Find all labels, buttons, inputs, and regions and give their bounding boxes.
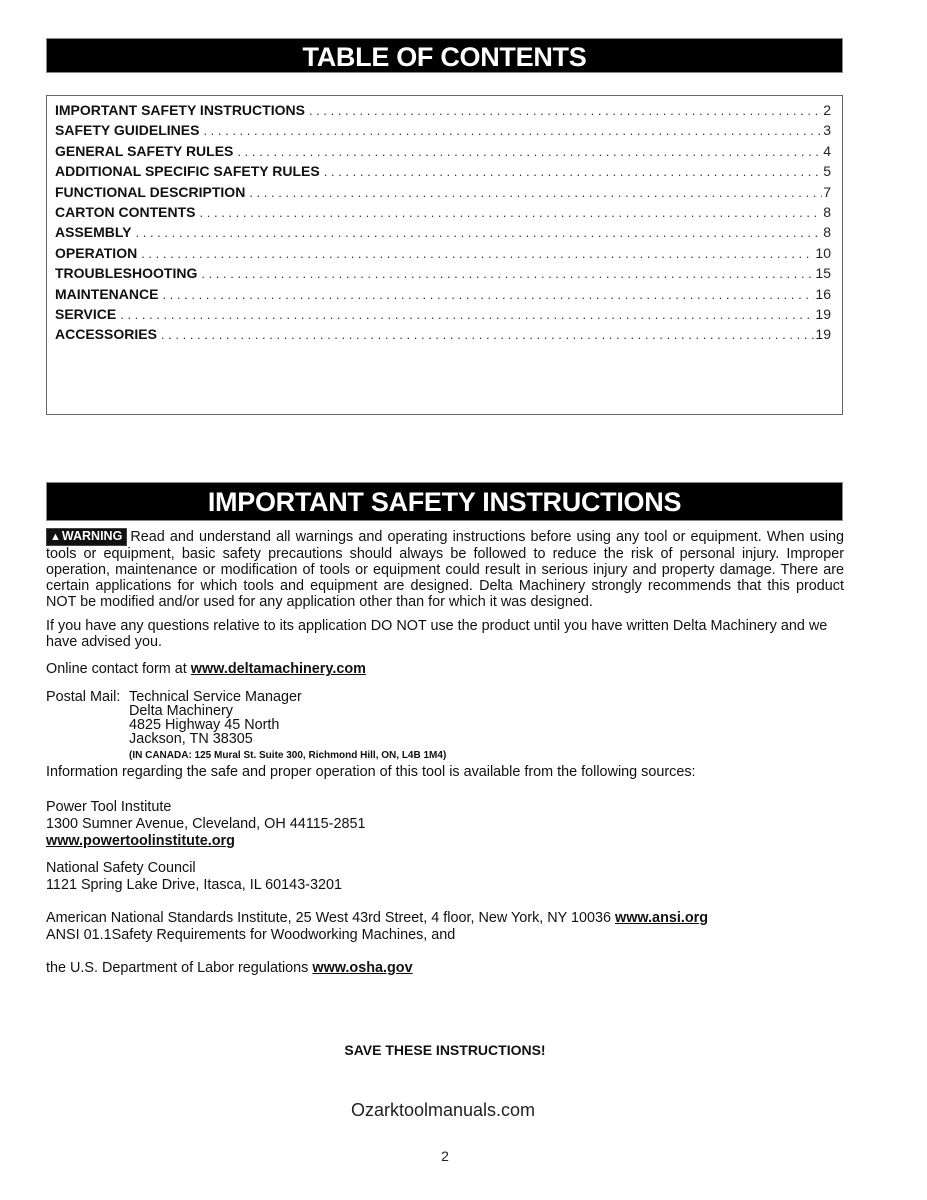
toc-entry[interactable]: IMPORTANT SAFETY INSTRUCTIONS2	[55, 100, 831, 120]
postal-line: 4825 Highway 45 North	[46, 718, 302, 732]
toc-entry-page: 8	[822, 222, 831, 242]
toc-entry-page: 8	[822, 202, 831, 222]
toc-entry-page: 19	[814, 304, 831, 324]
toc-entry-title: TROUBLESHOOTING	[55, 263, 201, 283]
canada-address: (IN CANADA: 125 Mural St. Suite 300, Ric…	[129, 750, 446, 761]
toc-entry-page: 5	[822, 161, 831, 181]
warning-badge: ▲WARNING	[46, 528, 127, 546]
toc-leader-dots	[201, 264, 814, 283]
ansi-text: American National Standards Institute, 2…	[46, 910, 615, 926]
toc-entry-title: SAFETY GUIDELINES	[55, 120, 203, 140]
postal-line: Jackson, TN 38305	[46, 732, 302, 746]
toc-leader-dots	[249, 183, 822, 202]
pti-name: Power Tool Institute	[46, 799, 171, 816]
toc-entry[interactable]: GENERAL SAFETY RULES4	[55, 141, 831, 161]
ansi-standard: ANSI 01.1Safety Requirements for Woodwor…	[46, 927, 455, 944]
osha-text: the U.S. Department of Labor regulations	[46, 960, 312, 976]
safety-heading: IMPORTANT SAFETY INSTRUCTIONS	[46, 482, 843, 521]
toc-entry[interactable]: OPERATION10	[55, 243, 831, 263]
online-contact: Online contact form at www.deltamachiner…	[46, 661, 844, 677]
pti-link[interactable]: www.powertoolinstitute.org	[46, 833, 235, 850]
online-contact-label: Online contact form at	[46, 661, 191, 677]
toc-leader-dots	[200, 203, 823, 222]
toc-entry-page: 7	[822, 182, 831, 202]
toc-list: IMPORTANT SAFETY INSTRUCTIONS2SAFETY GUI…	[55, 100, 831, 345]
toc-entry[interactable]: ACCESSORIES19	[55, 324, 831, 344]
toc-entry[interactable]: TROUBLESHOOTING15	[55, 263, 831, 283]
ansi-line: American National Standards Institute, 2…	[46, 910, 708, 927]
toc-leader-dots	[309, 101, 822, 120]
toc-entry-title: SERVICE	[55, 304, 120, 324]
ansi-link[interactable]: www.ansi.org	[615, 910, 708, 926]
toc-heading: TABLE OF CONTENTS	[46, 38, 843, 73]
toc-entry-title: IMPORTANT SAFETY INSTRUCTIONS	[55, 100, 309, 120]
postal-mail-label: Postal Mail:	[46, 690, 129, 704]
toc-entry-page: 10	[814, 243, 831, 263]
info-intro: Information regarding the safe and prope…	[46, 764, 696, 781]
toc-entry-title: OPERATION	[55, 243, 141, 263]
toc-entry-page: 4	[822, 141, 831, 161]
toc-leader-dots	[136, 223, 823, 242]
page-number: 2	[0, 1148, 890, 1164]
toc-entry-page: 2	[822, 100, 831, 120]
warning-badge-label: WARNING	[62, 529, 122, 543]
postal-mail-block: Postal Mail:Technical Service Manager De…	[46, 690, 302, 746]
save-instructions: SAVE THESE INSTRUCTIONS!	[0, 1042, 890, 1058]
toc-entry[interactable]: MAINTENANCE16	[55, 284, 831, 304]
toc-entry-page: 16	[814, 284, 831, 304]
toc-entry-page: 19	[814, 324, 831, 344]
toc-entry-title: ACCESSORIES	[55, 324, 161, 344]
osha-line: the U.S. Department of Labor regulations…	[46, 960, 413, 977]
toc-entry-page: 15	[814, 263, 831, 283]
toc-leader-dots	[203, 121, 822, 140]
osha-link[interactable]: www.osha.gov	[312, 960, 412, 976]
toc-entry[interactable]: SAFETY GUIDELINES3	[55, 120, 831, 140]
toc-entry[interactable]: CARTON CONTENTS8	[55, 202, 831, 222]
toc-entry-title: MAINTENANCE	[55, 284, 162, 304]
postal-line: Delta Machinery	[46, 704, 302, 718]
toc-entry[interactable]: SERVICE19	[55, 304, 831, 324]
toc-entry-page: 3	[822, 120, 831, 140]
deltamachinery-link[interactable]: www.deltamachinery.com	[191, 661, 366, 677]
pti-address: 1300 Sumner Avenue, Cleveland, OH 44115-…	[46, 816, 365, 833]
nsc-name: National Safety Council	[46, 860, 196, 877]
toc-entry-title: CARTON CONTENTS	[55, 202, 200, 222]
warning-triangle-icon: ▲	[50, 530, 61, 545]
nsc-address: 1121 Spring Lake Drive, Itasca, IL 60143…	[46, 877, 342, 894]
warning-paragraph: ▲WARNINGRead and understand all warnings…	[46, 528, 844, 610]
toc-leader-dots	[324, 162, 822, 181]
toc-leader-dots	[161, 325, 815, 344]
toc-entry[interactable]: ASSEMBLY8	[55, 222, 831, 242]
toc-entry-title: ASSEMBLY	[55, 222, 136, 242]
toc-leader-dots	[141, 244, 814, 263]
toc-leader-dots	[162, 285, 814, 304]
toc-entry[interactable]: ADDITIONAL SPECIFIC SAFETY RULES5	[55, 161, 831, 181]
toc-box: IMPORTANT SAFETY INSTRUCTIONS2SAFETY GUI…	[46, 95, 843, 415]
watermark: Ozarktoolmanuals.com	[0, 1100, 886, 1121]
toc-leader-dots	[237, 142, 822, 161]
toc-entry-title: FUNCTIONAL DESCRIPTION	[55, 182, 249, 202]
toc-entry[interactable]: FUNCTIONAL DESCRIPTION7	[55, 182, 831, 202]
warning-text: Read and understand all warnings and ope…	[46, 529, 844, 610]
toc-entry-title: ADDITIONAL SPECIFIC SAFETY RULES	[55, 161, 324, 181]
toc-leader-dots	[120, 305, 814, 324]
questions-paragraph: If you have any questions relative to it…	[46, 618, 836, 650]
toc-entry-title: GENERAL SAFETY RULES	[55, 141, 237, 161]
